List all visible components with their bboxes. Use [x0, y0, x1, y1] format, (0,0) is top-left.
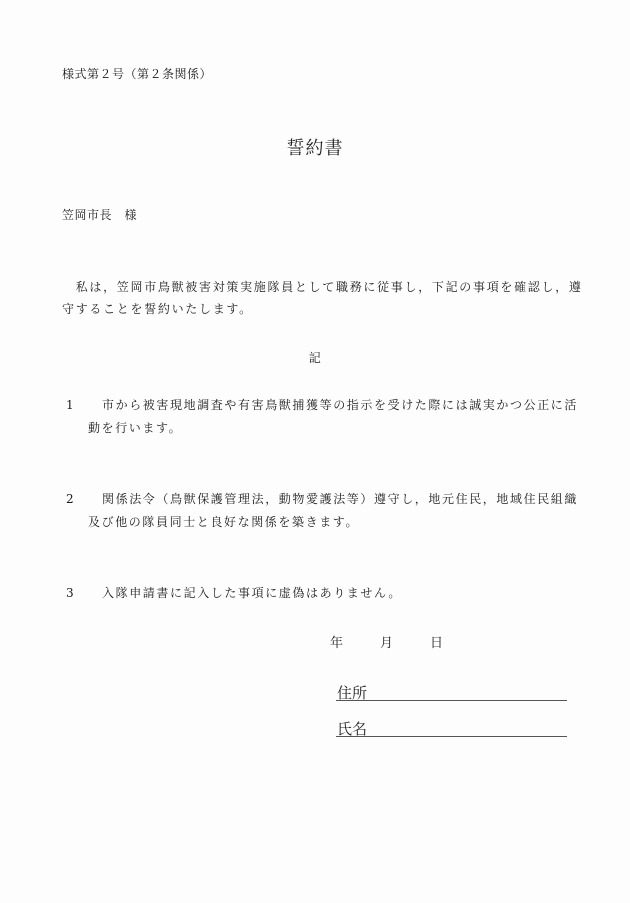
- document-title: 誓約書: [0, 134, 630, 160]
- address-field-line[interactable]: [336, 700, 567, 701]
- form-number: 様式第２号（第２条関係）: [62, 66, 212, 82]
- document-page: 様式第２号（第２条関係） 誓約書 笠岡市長 様 私は，笠岡市鳥獣被害対策実施隊員…: [0, 0, 630, 903]
- pledge-body-line-1: 私は，笠岡市鳥獣被害対策実施隊員として職務に従事し，下記の事項を確認し，遵: [62, 279, 583, 295]
- item-number-1: 1: [66, 397, 74, 413]
- ki-heading: 記: [0, 350, 630, 366]
- item-2-line-2: 及び他の隊員同士と良好な関係を築きます。: [88, 514, 359, 530]
- item-2-line-1: 関係法令（鳥獣保護管理法，動物愛護法等）遵守し，地元住民，地域住民組織: [102, 491, 578, 507]
- pledge-body-line-2: 守することを誓約いたします。: [62, 301, 253, 317]
- name-field-line[interactable]: [336, 736, 567, 737]
- date-year-label: 年: [330, 632, 343, 651]
- date-day-label: 日: [430, 632, 443, 651]
- item-1-line-1: 市から被害現地調査や有害鳥獣捕獲等の指示を受けた際には誠実かつ公正に活: [102, 397, 578, 413]
- item-number-3: 3: [66, 585, 74, 601]
- item-3-line-1: 入隊申請書に記入した事項に虚偽はありません。: [102, 585, 402, 601]
- date-month-label: 月: [380, 632, 393, 651]
- item-1-line-2: 動を行います。: [88, 420, 182, 436]
- addressee: 笠岡市長 様: [62, 207, 137, 223]
- item-number-2: 2: [66, 491, 74, 507]
